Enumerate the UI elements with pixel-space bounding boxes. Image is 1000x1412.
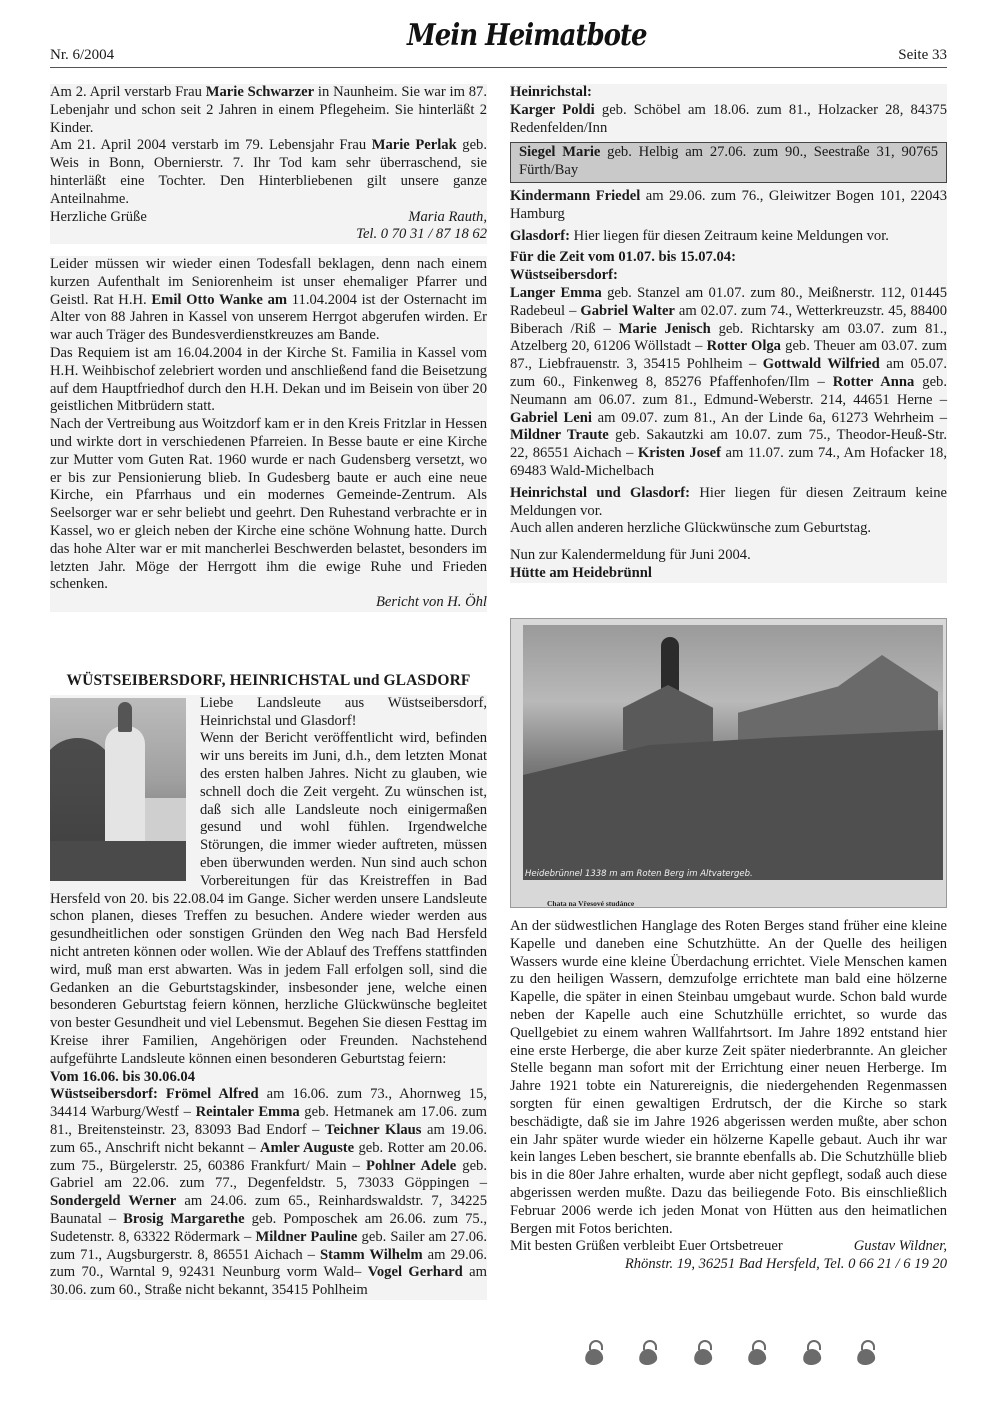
page-number: Seite 33 (898, 47, 947, 65)
heart-leaf-ornament-icon (634, 1340, 662, 1368)
section-body: Liebe Landsleute aus Wüstseibersdorf, He… (50, 695, 487, 1300)
masthead-logo: Mein Heimatbote (407, 27, 647, 47)
obit-paragraph: Am 2. April verstarb Frau Marie Schwarze… (50, 84, 487, 137)
page-header: Nr. 6/2004 Mein Heimatbote Seite 33 (50, 28, 947, 68)
deceased-name: Marie Perlak (372, 137, 457, 153)
highlighted-birthday-box: Siegel Marie geb. Helbig am 27.06. zum 9… (510, 142, 947, 183)
no-reports-heinrichstal-glasdorf: Heinrichstal und Glasdorf: Hier liegen f… (510, 485, 947, 521)
obit-paragraph: Nach der Vertreibung aus Woitzdorf kam e… (50, 416, 487, 594)
hut-photo: Heidebrünnel 1338 m am Roten Berg im Alt… (510, 618, 947, 908)
obit-paragraph: Das Requiem ist am 16.04.2004 in der Kir… (50, 345, 487, 416)
village-label: Wüstseibersdorf: (510, 267, 947, 285)
no-reports-glasdorf: Glasdorf: Hier liegen für diesen Zeitrau… (510, 228, 947, 246)
heart-leaf-ornament-icon (580, 1340, 608, 1368)
deceased-name: Emil Otto Wanke am (151, 292, 287, 308)
birthday-entry: Kindermann Friedel am 29.06. zum 76., Gl… (510, 188, 947, 224)
deceased-name: Marie Schwarzer (206, 84, 314, 100)
village-label: Heinrichstal: (510, 84, 947, 102)
birthday-entry: Siegel Marie geb. Helbig am 27.06. zum 9… (519, 144, 938, 180)
section-wuestseibersdorf: WÜSTSEIBERSDORF, HEINRICHSTAL und GLASDO… (50, 672, 487, 1300)
byline: Bericht von H. Öhl (50, 594, 487, 612)
obituary-wanke: Leider müssen wir wieder einen Todesfall… (50, 256, 487, 612)
greeting: Herzliche Grüße (50, 209, 147, 227)
hut-paragraph: An der südwestlichen Hanglage des Roten … (510, 918, 947, 1238)
obit-paragraph: Leider müssen wir wieder einen Todesfall… (50, 256, 487, 345)
village-label: Wüstseibersdorf: (50, 1086, 158, 1102)
photo-caption: Heidebrünnel 1338 m am Roten Berg im Alt… (525, 866, 753, 884)
ornament-row (580, 1340, 880, 1368)
congratulations: Auch allen anderen herzliche Glückwünsch… (510, 520, 947, 538)
signature-row: Herzliche Grüße Maria Rauth, (50, 209, 487, 227)
closing-row: Mit besten Grüßen verbleibt Euer Ortsbet… (510, 1238, 947, 1256)
issue-number: Nr. 6/2004 (50, 47, 114, 65)
closing-text: Mit besten Grüßen verbleibt Euer Ortsbet… (510, 1238, 783, 1256)
author-name: Gustav Wildner, (854, 1238, 947, 1256)
birthday-continuation: Heinrichstal: Karger Poldi geb. Schöbel … (510, 84, 947, 583)
period-heading: Vom 16.06. bis 30.06.04 (50, 1069, 487, 1087)
birthday-list-1: Wüstseibersdorf: Frömel Alfred am 16.06.… (50, 1086, 487, 1300)
signature-phone: Tel. 0 70 31 / 87 18 62 (50, 226, 487, 244)
section-title: WÜSTSEIBERSDORF, HEINRICHSTAL und GLASDO… (50, 672, 487, 690)
birthday-entry: Gabriel Leni am 09.07. zum 81., An der L… (510, 410, 947, 426)
calendar-intro: Nun zur Kalendermeldung für Juni 2004. (510, 547, 947, 565)
photo-subcaption: Chata na Vřesové studánce (547, 895, 634, 908)
heart-leaf-ornament-icon (798, 1340, 826, 1368)
birthday-entry: Karger Poldi geb. Schöbel am 18.06. zum … (510, 102, 947, 138)
hut-article: An der südwestlichen Hanglage des Roten … (510, 918, 947, 1274)
birthday-list-2: Langer Emma geb. Stanzel am 01.07. zum 8… (510, 285, 947, 481)
obituary-schwarzer-perlak: Am 2. April verstarb Frau Marie Schwarze… (50, 84, 487, 244)
period-heading: Für die Zeit vom 01.07. bis 15.07.04: (510, 249, 947, 267)
obit-paragraph: Am 21. April 2004 verstarb im 79. Lebens… (50, 137, 487, 208)
signature-name: Maria Rauth, (408, 209, 487, 227)
author-address: Rhönstr. 19, 36251 Bad Hersfeld, Tel. 0 … (510, 1256, 947, 1274)
hut-title: Hütte am Heidebrünnl (510, 565, 947, 583)
heart-leaf-ornament-icon (852, 1340, 880, 1368)
heart-leaf-ornament-icon (689, 1340, 717, 1368)
church-photo (50, 698, 186, 881)
heart-leaf-ornament-icon (743, 1340, 771, 1368)
